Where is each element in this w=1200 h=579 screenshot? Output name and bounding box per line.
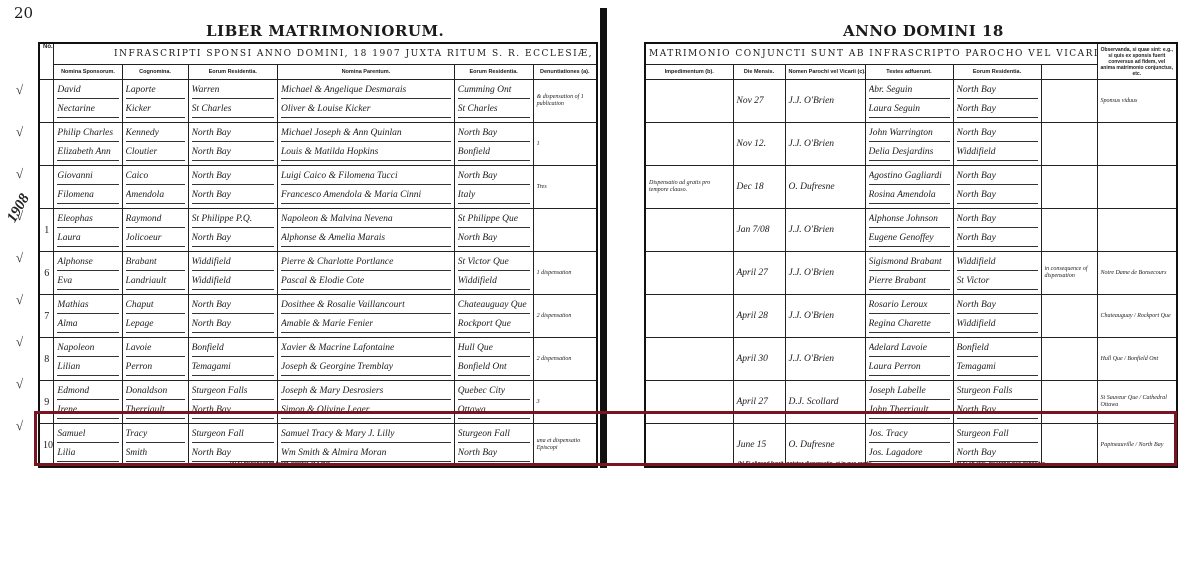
table-row[interactable]: April 28J.J. O'BrienRosario LerouxRegina…: [645, 295, 1177, 338]
parents-residence-line: North Bay: [458, 230, 530, 247]
witness-residence: North BayNorth Bay: [953, 209, 1041, 252]
spouse-surnames: DonaldsonTherriault: [122, 381, 188, 424]
witness-residence-line: Widdifield: [957, 316, 1038, 333]
witness-residence-line: St Victor: [957, 273, 1038, 290]
parents-residence-line: North Bay: [458, 168, 530, 185]
banns-note: 2 dispensation: [533, 338, 597, 381]
page-number: 20: [14, 4, 33, 22]
parents-residence-line: North Bay: [458, 125, 530, 142]
witness-residence-line: North Bay: [957, 402, 1038, 419]
entry-number: 10: [39, 424, 54, 468]
table-row[interactable]: 7MathiasAlmaChaputLepageNorth BayNorth B…: [39, 295, 597, 338]
spouse-surnames-line: Lepage: [126, 316, 185, 333]
entry-number: 9: [39, 381, 54, 424]
spouse-names-line: Philip Charles: [57, 125, 118, 142]
witness-residence-line: North Bay: [957, 297, 1038, 314]
spouse-surnames-line: Jolicoeur: [126, 230, 185, 247]
parents-residence-line: St Charles: [458, 101, 530, 118]
parents-names-line: Joseph & Mary Desrosiers: [281, 383, 451, 400]
witness-names: Sigismond BrabantPierre Brabant: [865, 252, 953, 295]
witness-names-line: Rosina Amendola: [869, 187, 950, 204]
observation-note: Notre Dame de Bonsecours: [1097, 252, 1177, 295]
banns-note: Tres: [533, 166, 597, 209]
spouse-names-line: Lilian: [57, 359, 118, 376]
col-header-number: No.: [39, 43, 54, 80]
parents-residence-line: Chateauguay Que: [458, 297, 530, 314]
witness-names-line: John Warrington: [869, 125, 950, 142]
left-banner: INFRASCRIPTI SPONSI ANNO DOMINI, 18 1907…: [54, 43, 597, 65]
entry-number: 1: [39, 209, 54, 252]
check-mark-icon: √: [16, 250, 23, 266]
banns-note: & dispensation of 1 publication: [533, 80, 597, 123]
impediment-note: [645, 123, 733, 166]
check-mark-icon: √: [16, 292, 23, 308]
table-row[interactable]: Dispensatio ad gratis pro tempore clauso…: [645, 166, 1177, 209]
marriage-date: Nov 27: [733, 80, 785, 123]
parents-names: Dosithee & Rosalie VaillancourtAmable & …: [278, 295, 455, 338]
check-mark-icon: √: [16, 334, 23, 350]
spouse-residence-line: North Bay: [192, 125, 274, 142]
table-row[interactable]: 9EdmondIreneDonaldsonTherriaultSturgeon …: [39, 381, 597, 424]
spouse-surnames-line: Laporte: [126, 82, 185, 99]
spouse-surnames: RaymondJolicoeur: [122, 209, 188, 252]
impediment-note: [645, 295, 733, 338]
witness-residence-line: Sturgeon Fall: [957, 426, 1038, 443]
spouse-surnames-line: Kennedy: [126, 125, 185, 142]
spouse-surnames-line: Caico: [126, 168, 185, 185]
spouse-residence-line: Temagami: [192, 359, 274, 376]
witness-residence: North BayWiddifield: [953, 295, 1041, 338]
witness-names-line: Pierre Brabant: [869, 273, 950, 290]
entry-number: [39, 166, 54, 209]
spouse-names-line: Eleophas: [57, 211, 118, 228]
spouse-surnames-line: Cloutier: [126, 144, 185, 161]
banns-note: 2 dispensation: [533, 295, 597, 338]
observation-note: Papineauville / North Bay: [1097, 424, 1177, 468]
col-header-parents: Nomina Parentum.: [278, 65, 455, 80]
entry-number: 7: [39, 295, 54, 338]
marriage-register-right: MATRIMONIO CONJUNCTI SUNT AB INFRASCRIPT…: [644, 42, 1178, 468]
banns-note: 3: [533, 381, 597, 424]
parents-residence: Cumming OntSt Charles: [454, 80, 533, 123]
parents-names-line: Pascal & Elodie Cote: [281, 273, 451, 290]
witness-names-line: Sigismond Brabant: [869, 254, 950, 271]
spouse-names-line: Alma: [57, 316, 118, 333]
impediment-note: [645, 338, 733, 381]
parents-names: Michael Joseph & Ann QuinlanLouis & Mati…: [278, 123, 455, 166]
parents-names-line: Luigi Caico & Filomena Tucci: [281, 168, 451, 185]
right-banner: MATRIMONIO CONJUNCTI SUNT AB INFRASCRIPT…: [645, 43, 1097, 65]
extra-note: in consequence of dispensation: [1041, 252, 1097, 295]
witness-names: Abr. SeguinLaura Seguin: [865, 80, 953, 123]
spouse-names-line: Giovanni: [57, 168, 118, 185]
parents-residence-line: St Philippe Que: [458, 211, 530, 228]
parents-names-line: Joseph & Georgine Tremblay: [281, 359, 451, 376]
parents-names: Pierre & Charlotte PortlancePascal & Elo…: [278, 252, 455, 295]
parents-residence-line: Italy: [458, 187, 530, 204]
witness-names-line: Eugene Genoffey: [869, 230, 950, 247]
parents-residence-line: Cumming Ont: [458, 82, 530, 99]
spouse-residence: North BayNorth Bay: [188, 295, 277, 338]
parents-names-line: Alphonse & Amelia Marais: [281, 230, 451, 247]
right-footnote-b: (b) Si aliquod fuerit, notetur dispensat…: [738, 461, 873, 467]
check-mark-icon: √: [16, 208, 23, 224]
witness-names-line: Regina Charette: [869, 316, 950, 333]
spouse-residence-line: North Bay: [192, 316, 274, 333]
entry-number: [39, 80, 54, 123]
impediment-note: [645, 424, 733, 468]
officiant-name: J.J. O'Brien: [785, 295, 865, 338]
entry-number: [39, 123, 54, 166]
extra-note: [1041, 166, 1097, 209]
witness-names-line: Jos. Lagadore: [869, 445, 950, 462]
spouse-residence-line: Warren: [192, 82, 274, 99]
spouse-names-line: Laura: [57, 230, 118, 247]
left-page-title: LIBER MATRIMONIORUM.: [206, 22, 444, 40]
witness-names: Jos. TracyJos. Lagadore: [865, 424, 953, 468]
observation-note: [1097, 209, 1177, 252]
spouse-names-line: Mathias: [57, 297, 118, 314]
spouse-surnames-line: Brabant: [126, 254, 185, 271]
parents-residence: Sturgeon FallNorth Bay: [454, 424, 533, 468]
spouse-surnames: ChaputLepage: [122, 295, 188, 338]
parents-names-line: Wm Smith & Almira Moran: [281, 445, 451, 462]
spouse-names-line: Filomena: [57, 187, 118, 204]
witness-residence-line: North Bay: [957, 125, 1038, 142]
parents-residence-line: Ottawa: [458, 402, 530, 419]
parents-names-line: Michael & Angelique Desmarais: [281, 82, 451, 99]
parents-residence-line: Bonfield: [458, 144, 530, 161]
parents-names: Luigi Caico & Filomena TucciFrancesco Am…: [278, 166, 455, 209]
table-row[interactable]: 8NapoleonLilianLavoiePerronBonfieldTemag…: [39, 338, 597, 381]
col-header-date: Die Mensis.: [733, 65, 785, 80]
spouse-residence: St Philippe P.Q.North Bay: [188, 209, 277, 252]
col-header-surnames: Cognomina.: [122, 65, 188, 80]
col-header-witness-residence: Eorum Residentia.: [953, 65, 1041, 80]
spouse-residence-line: North Bay: [192, 187, 274, 204]
parents-residence-line: Bonfield Ont: [458, 359, 530, 376]
parents-residence-line: North Bay: [458, 445, 530, 462]
witness-residence-line: Sturgeon Falls: [957, 383, 1038, 400]
table-row[interactable]: GiovanniFilomenaCaicoAmendolaNorth BayNo…: [39, 166, 597, 209]
spouse-residence-line: St Charles: [192, 101, 274, 118]
table-row[interactable]: April 30J.J. O'BrienAdelard LavoieLaura …: [645, 338, 1177, 381]
check-mark-icon: √: [16, 124, 23, 140]
spouse-surnames-line: Chaput: [126, 297, 185, 314]
col-header-parents-residence: Eorum Residentia.: [454, 65, 533, 80]
observation-note: Hull Que / Bonfield Ont: [1097, 338, 1177, 381]
parents-residence-line: St Victor Que: [458, 254, 530, 271]
impediment-note: [645, 80, 733, 123]
parents-names-line: Xavier & Macrine Lafontaine: [281, 340, 451, 357]
extra-note: [1041, 209, 1097, 252]
spouse-residence: North BayNorth Bay: [188, 123, 277, 166]
col-header-witnesses: Testes adfuerunt.: [865, 65, 953, 80]
spouse-names: GiovanniFilomena: [54, 166, 122, 209]
witness-names-line: Rosario Leroux: [869, 297, 950, 314]
parents-residence-line: Sturgeon Fall: [458, 426, 530, 443]
entry-number: 6: [39, 252, 54, 295]
officiant-name: J.J. O'Brien: [785, 123, 865, 166]
witness-residence-line: Widdifield: [957, 144, 1038, 161]
parents-names-line: Louis & Matilda Hopkins: [281, 144, 451, 161]
parents-names-line: Pierre & Charlotte Portlance: [281, 254, 451, 271]
witness-residence-line: Widdifield: [957, 254, 1038, 271]
col-header-blank: [1041, 65, 1097, 80]
spouse-names: DavidNectarine: [54, 80, 122, 123]
parents-names-line: Michael Joseph & Ann Quinlan: [281, 125, 451, 142]
witness-names-line: John Therriault: [869, 402, 950, 419]
col-header-observations: Observanda, si quae sint: e.g., si quis …: [1097, 43, 1177, 80]
spouse-surnames: CaicoAmendola: [122, 166, 188, 209]
witness-names-line: Agostino Gagliardi: [869, 168, 950, 185]
spouse-surnames-line: Landriault: [126, 273, 185, 290]
spouse-names: Philip CharlesElizabeth Ann: [54, 123, 122, 166]
marriage-register-left: No. INFRASCRIPTI SPONSI ANNO DOMINI, 18 …: [38, 42, 598, 468]
parents-names: Michael & Angelique DesmaraisOliver & Lo…: [278, 80, 455, 123]
parents-names-line: Simon & Olivine Leger: [281, 402, 451, 419]
witness-names-line: Adelard Lavoie: [869, 340, 950, 357]
check-mark-icon: √: [16, 166, 23, 182]
parents-names-line: Samuel Tracy & Mary J. Lilly: [281, 426, 451, 443]
spouse-names-line: Edmond: [57, 383, 118, 400]
extra-note: [1041, 381, 1097, 424]
spouse-surnames: LavoiePerron: [122, 338, 188, 381]
parents-residence: Quebec CityOttawa: [454, 381, 533, 424]
marriage-date: April 28: [733, 295, 785, 338]
witness-residence-line: Temagami: [957, 359, 1038, 376]
witness-residence: North BayNorth Bay: [953, 166, 1041, 209]
spouse-surnames-line: Kicker: [126, 101, 185, 118]
observation-note: [1097, 123, 1177, 166]
col-header-priest: Nomen Parochi vel Vicarii (c).: [785, 65, 865, 80]
table-row[interactable]: Nov 27J.J. O'BrienAbr. SeguinLaura Segui…: [645, 80, 1177, 123]
spouse-names-line: David: [57, 82, 118, 99]
table-row[interactable]: DavidNectarineLaporteKickerWarrenSt Char…: [39, 80, 597, 123]
parents-names-line: Dosithee & Rosalie Vaillancourt: [281, 297, 451, 314]
spouse-names-line: Alphonse: [57, 254, 118, 271]
parents-names: Xavier & Macrine LafontaineJoseph & Geor…: [278, 338, 455, 381]
marriage-date: Nov 12.: [733, 123, 785, 166]
spouse-names: NapoleonLilian: [54, 338, 122, 381]
officiant-name: J.J. O'Brien: [785, 209, 865, 252]
witness-residence: North BayWiddifield: [953, 123, 1041, 166]
spouse-names-line: Eva: [57, 273, 118, 290]
check-mark-icon: √: [16, 82, 23, 98]
spouse-residence-line: North Bay: [192, 445, 274, 462]
witness-names-line: Abr. Seguin: [869, 82, 950, 99]
witness-residence-line: North Bay: [957, 187, 1038, 204]
col-header-residence: Eorum Residentia.: [188, 65, 277, 80]
witness-names: Joseph LabelleJohn Therriault: [865, 381, 953, 424]
spouse-residence: Sturgeon FallsNorth Bay: [188, 381, 277, 424]
witness-names: Alphonse JohnsonEugene Genoffey: [865, 209, 953, 252]
spouse-residence-line: North Bay: [192, 402, 274, 419]
observation-note: Sponsus viduus: [1097, 80, 1177, 123]
table-row[interactable]: April 27J.J. O'BrienSigismond BrabantPie…: [645, 252, 1177, 295]
entry-number: 8: [39, 338, 54, 381]
officiant-name: D.J. Scollard: [785, 381, 865, 424]
left-footnote: (a) Si dispensatum fuerit, notetur, et a…: [230, 461, 331, 467]
parents-residence-line: Widdifield: [458, 273, 530, 290]
table-row[interactable]: Nov 12.J.J. O'BrienJohn WarringtonDelia …: [645, 123, 1177, 166]
witness-residence-line: North Bay: [957, 445, 1038, 462]
parents-residence: North BayBonfield: [454, 123, 533, 166]
parents-residence: St Victor QueWiddifield: [454, 252, 533, 295]
col-header-names: Nomina Sponsorum.: [54, 65, 122, 80]
witness-residence-line: Bonfield: [957, 340, 1038, 357]
witness-names: Agostino GagliardiRosina Amendola: [865, 166, 953, 209]
marriage-date: Jan 7/08: [733, 209, 785, 252]
impediment-note: [645, 381, 733, 424]
spouse-names-line: Nectarine: [57, 101, 118, 118]
parents-residence: Chateauguay QueRockport Que: [454, 295, 533, 338]
witness-names: Rosario LerouxRegina Charette: [865, 295, 953, 338]
observation-note: St Sauveur Que / Cathedral Ottawa: [1097, 381, 1177, 424]
impediment-note: Dispensatio ad gratis pro tempore clauso…: [645, 166, 733, 209]
col-header-banns: Denuntiationes (a).: [533, 65, 597, 80]
check-mark-icon: √: [16, 376, 23, 392]
spouse-names-line: Napoleon: [57, 340, 118, 357]
witness-residence-line: North Bay: [957, 168, 1038, 185]
officiant-name: J.J. O'Brien: [785, 252, 865, 295]
observation-note: [1097, 166, 1177, 209]
spouse-residence-line: Sturgeon Falls: [192, 383, 274, 400]
spouse-names-line: Elizabeth Ann: [57, 144, 118, 161]
spouse-surnames: KennedyCloutier: [122, 123, 188, 166]
marriage-date: Dec 18: [733, 166, 785, 209]
witness-names-line: Joseph Labelle: [869, 383, 950, 400]
table-row[interactable]: 6AlphonseEvaBrabantLandriaultWiddifieldW…: [39, 252, 597, 295]
spouse-residence-line: North Bay: [192, 297, 274, 314]
spouse-names: EdmondIrene: [54, 381, 122, 424]
right-footnote-d: (d) Si ab aliis, inseratur ejus depositi…: [955, 461, 1046, 467]
marriage-date: April 27: [733, 381, 785, 424]
spouse-residence-line: St Philippe P.Q.: [192, 211, 274, 228]
spouse-surnames: LaporteKicker: [122, 80, 188, 123]
spouse-residence-line: North Bay: [192, 230, 274, 247]
parents-names-line: Francesco Amendola & Maria Cinni: [281, 187, 451, 204]
banns-note: una et dispensatio Episcopi: [533, 424, 597, 468]
witness-residence: BonfieldTemagami: [953, 338, 1041, 381]
spouse-residence: BonfieldTemagami: [188, 338, 277, 381]
col-header-impediment: Impedimentum (b).: [645, 65, 733, 80]
extra-note: [1041, 424, 1097, 468]
witness-names-line: Alphonse Johnson: [869, 211, 950, 228]
spouse-surnames-line: Smith: [126, 445, 185, 462]
spouse-surnames: BrabantLandriault: [122, 252, 188, 295]
witness-residence-line: North Bay: [957, 230, 1038, 247]
spouse-residence: WiddifieldWiddifield: [188, 252, 277, 295]
spouse-residence-line: Bonfield: [192, 340, 274, 357]
officiant-name: J.J. O'Brien: [785, 80, 865, 123]
table-row[interactable]: April 27D.J. ScollardJoseph LabelleJohn …: [645, 381, 1177, 424]
spouse-surnames-line: Donaldson: [126, 383, 185, 400]
extra-note: [1041, 123, 1097, 166]
spouse-surnames-line: Lavoie: [126, 340, 185, 357]
table-row[interactable]: June 15O. DufresneJos. TracyJos. Lagador…: [645, 424, 1177, 468]
impediment-note: [645, 209, 733, 252]
table-row[interactable]: 1EleophasLauraRaymondJolicoeurSt Philipp…: [39, 209, 597, 252]
parents-names: Joseph & Mary DesrosiersSimon & Olivine …: [278, 381, 455, 424]
spouse-residence-line: Sturgeon Fall: [192, 426, 274, 443]
parents-names-line: Oliver & Louise Kicker: [281, 101, 451, 118]
banns-note: 1: [533, 123, 597, 166]
officiant-name: O. Dufresne: [785, 166, 865, 209]
witness-names-line: Laura Perron: [869, 359, 950, 376]
spouse-names-line: Irene: [57, 402, 118, 419]
spouse-surnames-line: Therriault: [126, 402, 185, 419]
banns-note: [533, 209, 597, 252]
spouse-surnames-line: Tracy: [126, 426, 185, 443]
spouse-surnames-line: Perron: [126, 359, 185, 376]
parents-names-line: Napoleon & Malvina Nevena: [281, 211, 451, 228]
parents-residence-line: Quebec City: [458, 383, 530, 400]
table-row[interactable]: Philip CharlesElizabeth AnnKennedyClouti…: [39, 123, 597, 166]
extra-note: [1041, 80, 1097, 123]
spouse-names: EleophasLaura: [54, 209, 122, 252]
right-page-title: ANNO DOMINI 18: [843, 22, 1004, 40]
witness-names: John WarringtonDelia Desjardins: [865, 123, 953, 166]
observation-note: Chateauguay / Rockport Que: [1097, 295, 1177, 338]
parents-residence: North BayItaly: [454, 166, 533, 209]
spouse-residence-line: North Bay: [192, 168, 274, 185]
spouse-residence: WarrenSt Charles: [188, 80, 277, 123]
parents-residence-line: Rockport Que: [458, 316, 530, 333]
spouse-names: AlphonseEva: [54, 252, 122, 295]
spouse-names: SamuelLilia: [54, 424, 122, 468]
witness-names-line: Laura Seguin: [869, 101, 950, 118]
witness-residence: WiddifieldSt Victor: [953, 252, 1041, 295]
witness-residence: North BayNorth Bay: [953, 80, 1041, 123]
witness-residence-line: North Bay: [957, 101, 1038, 118]
parents-names-line: Amable & Marie Fenier: [281, 316, 451, 333]
spouse-names: MathiasAlma: [54, 295, 122, 338]
witness-residence: Sturgeon FallsNorth Bay: [953, 381, 1041, 424]
banns-note: 1 dispensation: [533, 252, 597, 295]
parents-residence: St Philippe QueNorth Bay: [454, 209, 533, 252]
witness-residence-line: North Bay: [957, 211, 1038, 228]
parents-residence: Hull QueBonfield Ont: [454, 338, 533, 381]
spouse-surnames-line: Raymond: [126, 211, 185, 228]
table-row[interactable]: Jan 7/08J.J. O'BrienAlphonse JohnsonEuge…: [645, 209, 1177, 252]
extra-note: [1041, 295, 1097, 338]
spouse-residence: North BayNorth Bay: [188, 166, 277, 209]
check-mark-icon: √: [16, 418, 23, 434]
spouse-surnames: TracySmith: [122, 424, 188, 468]
marriage-date: April 27: [733, 252, 785, 295]
impediment-note: [645, 252, 733, 295]
witness-residence-line: North Bay: [957, 82, 1038, 99]
witness-names-line: Jos. Tracy: [869, 426, 950, 443]
spouse-names-line: Lilia: [57, 445, 118, 462]
parents-residence-line: Hull Que: [458, 340, 530, 357]
marriage-date: April 30: [733, 338, 785, 381]
spouse-surnames-line: Amendola: [126, 187, 185, 204]
spouse-residence-line: North Bay: [192, 144, 274, 161]
witness-names-line: Delia Desjardins: [869, 144, 950, 161]
spouse-residence-line: Widdifield: [192, 273, 274, 290]
book-gutter: [600, 8, 607, 468]
officiant-name: J.J. O'Brien: [785, 338, 865, 381]
parents-names: Napoleon & Malvina NevenaAlphonse & Amel…: [278, 209, 455, 252]
witness-names: Adelard LavoieLaura Perron: [865, 338, 953, 381]
extra-note: [1041, 338, 1097, 381]
spouse-names-line: Samuel: [57, 426, 118, 443]
spouse-residence-line: Widdifield: [192, 254, 274, 271]
